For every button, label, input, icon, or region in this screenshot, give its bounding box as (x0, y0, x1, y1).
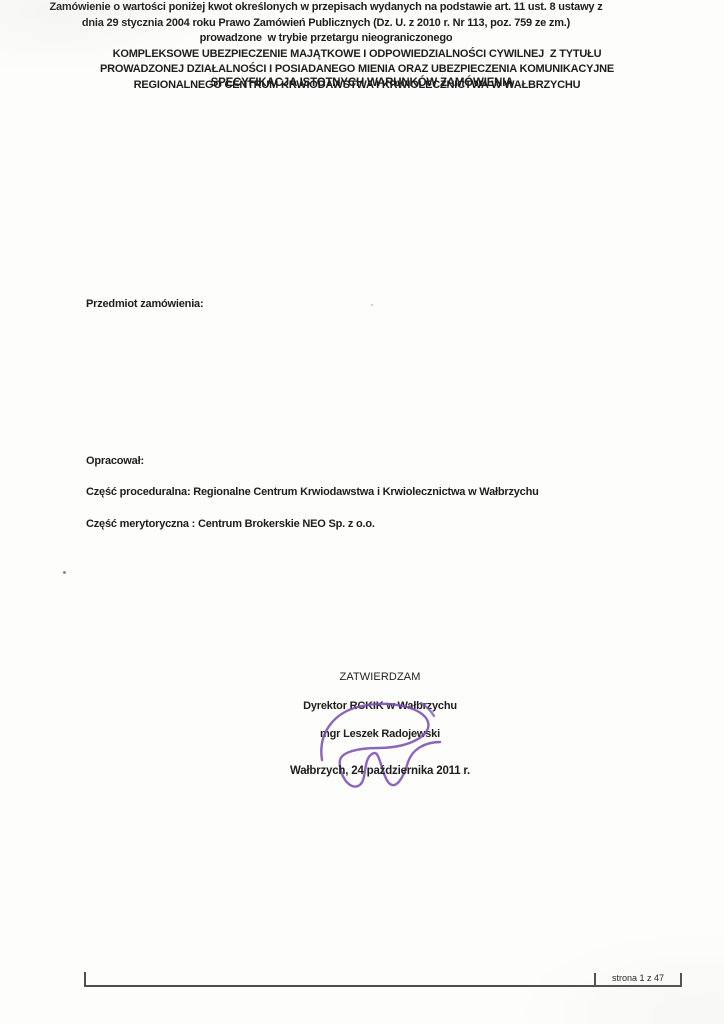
subject-heading-label: Przedmiot zamówienia: (86, 297, 203, 313)
intro-line: Zamówienie o wartości poniżej kwot okreś… (0, 0, 652, 16)
approval-label: ZATWIERDZAM (36, 670, 724, 686)
intro-paragraph: Zamówienie o wartości poniżej kwot okreś… (0, 0, 652, 47)
prepared-substantive-line: Część merytoryczna : Centrum Brokerskie … (86, 517, 375, 533)
intro-line: dnia 29 stycznia 2004 roku Prawo Zamówie… (0, 16, 652, 32)
footer-rule: strona 1 z 47 (84, 971, 682, 987)
scan-speck (371, 304, 373, 306)
document-page: SPECYFIKACJA ISTOTNYCH WARUNKÓW ZAMÓWIEN… (0, 0, 724, 1024)
scan-speck (63, 571, 66, 574)
prepared-by-label: Opracował: (86, 454, 144, 470)
prepared-procedural-line: Część proceduralna: Regionalne Centrum K… (86, 485, 539, 501)
place-date-line: Wałbrzych, 24 października 2011 r. (36, 764, 724, 780)
subject-line: KOMPLEKSOWE UBEZPIECZENIE MAJĄTKOWE I OD… (0, 47, 714, 63)
approver-name: mgr Leszek Radojewski (36, 727, 724, 743)
intro-line: prowadzone w trybie przetargu nieogranic… (0, 31, 652, 47)
approver-title: Dyrektor RCKIK w Wałbrzychu (36, 699, 724, 715)
page-number-label: strona 1 z 47 (594, 973, 682, 983)
page-title: SPECYFIKACJA ISTOTNYCH WARUNKÓW ZAMÓWIEN… (0, 76, 724, 92)
footer-tick-left (84, 972, 86, 985)
